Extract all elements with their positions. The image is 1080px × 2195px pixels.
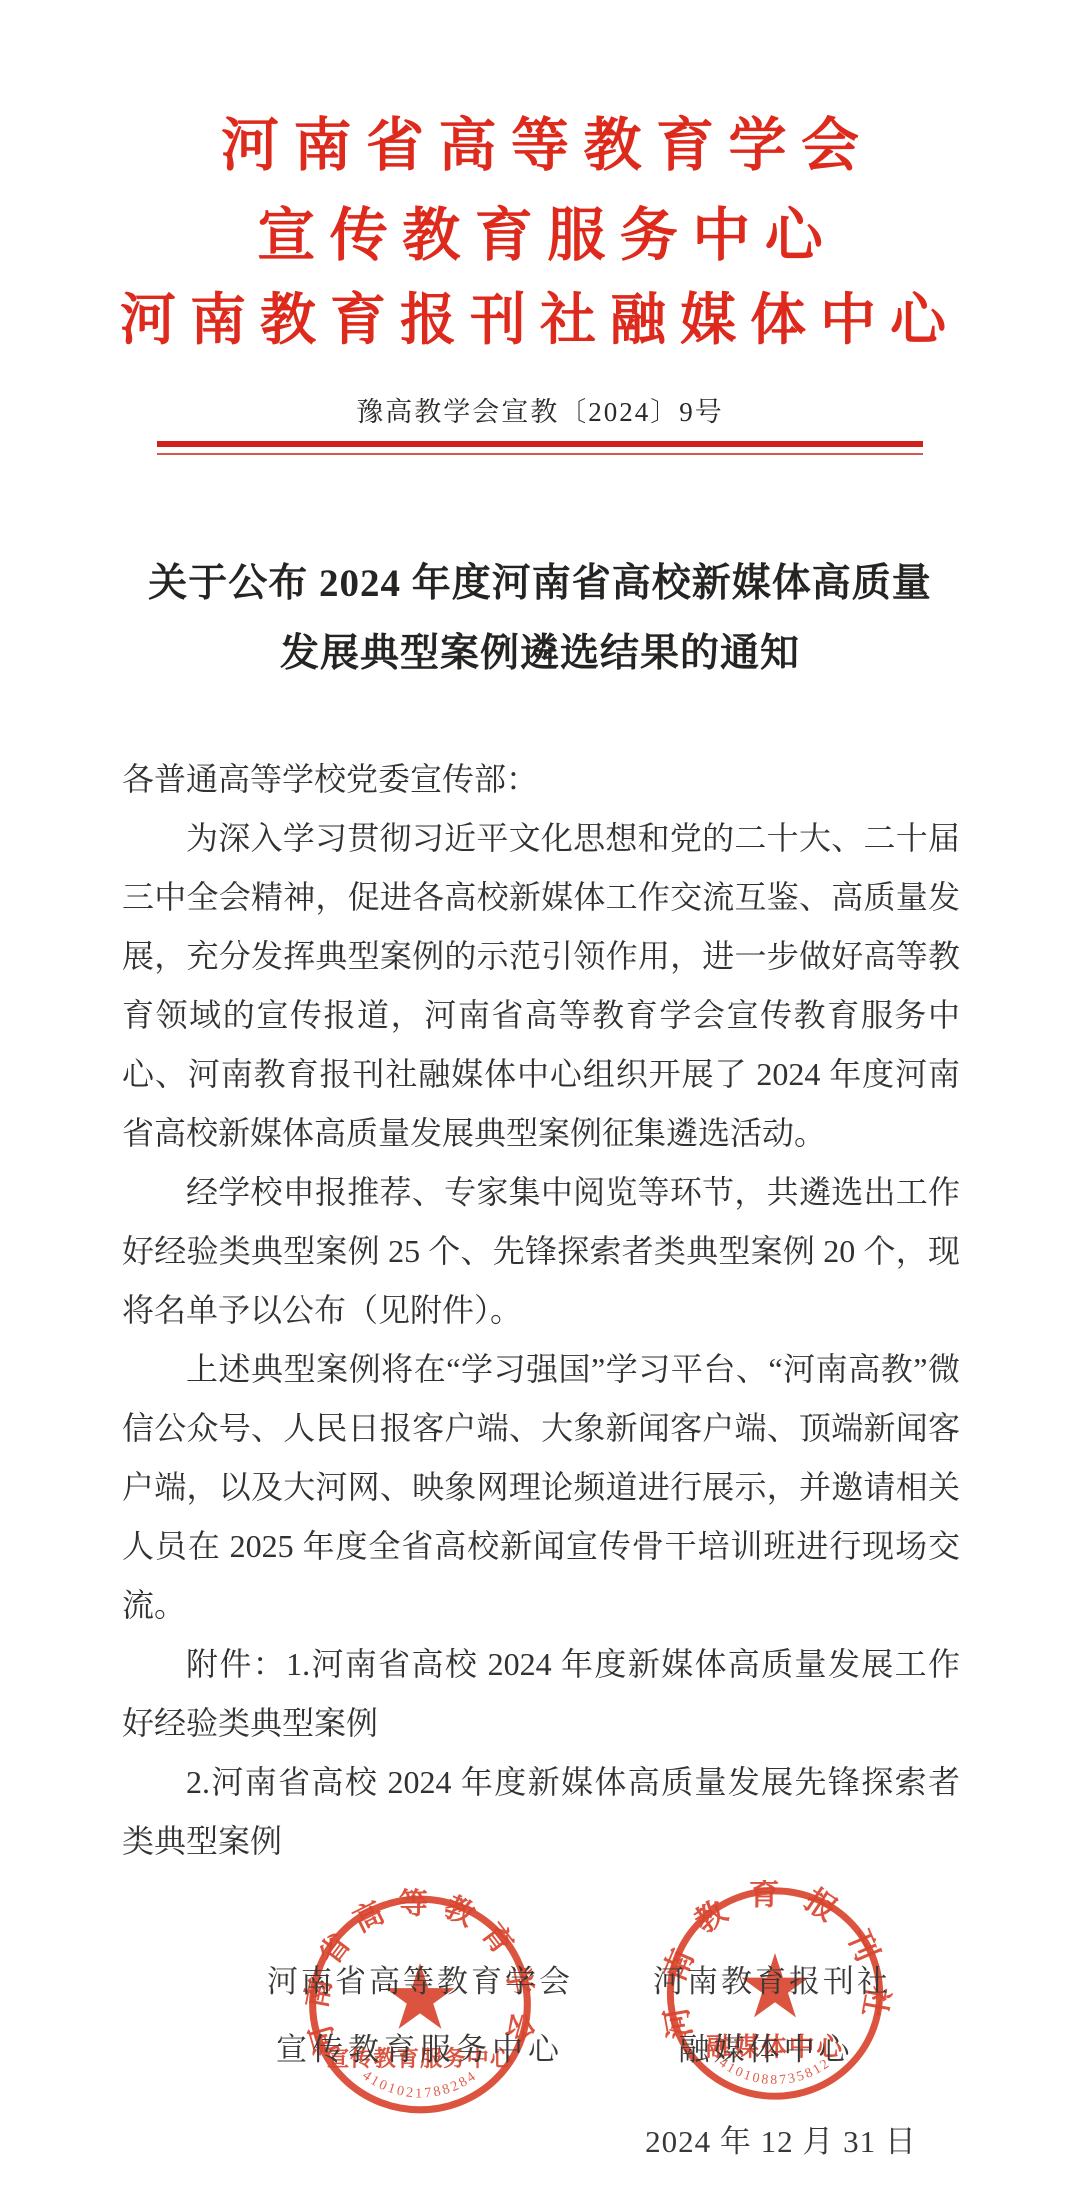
letterhead-org-line-3: 河南教育报刊社融媒体中心	[0, 276, 1080, 356]
paragraph-2: 经学校申报推荐、专家集中阅览等环节，共遴选出工作好经验类典型案例 25 个、先锋…	[122, 1163, 960, 1340]
scanned-notice-document: { "document": { "colors": { "accent_red"…	[0, 0, 1080, 2195]
attachment-item-1: 附件：1.河南省高校 2024 年度新媒体高质量发展工作好经验类典型案例	[122, 1635, 960, 1753]
signature-left-org-line-1: 河南省高等教育学会	[267, 1956, 573, 2001]
document-number: 豫高教学会宣教〔2024〕9号	[0, 390, 1080, 429]
notice-title-line-2: 发展典型案例遴选结果的通知	[0, 622, 1080, 678]
issue-date: 2024 年 12 月 31 日	[645, 2116, 917, 2161]
official-seal-left: 河南省高等教育学会 宣传教育服务中心 4101021788284	[298, 1888, 542, 2126]
notice-body: 各普通高等学校党委宣传部： 为深入学习贯彻习近平文化思想和党的二十大、二十届三中…	[122, 750, 960, 1871]
attachment-item-2: 2.河南省高校 2024 年度新媒体高质量发展先锋探索者类典型案例	[122, 1753, 960, 1871]
seal-serial-left: 4101021788284	[359, 2067, 480, 2101]
signature-right-org-line-1: 河南教育报刊社	[653, 1956, 891, 2001]
letterhead-divider-thin-line	[157, 453, 923, 455]
letterhead-divider-thick-line	[157, 441, 923, 447]
letterhead-org-line-1: 河 南 省 高 等 教 育 学 会	[0, 98, 1080, 182]
signature-left-org-line-2: 宣传教育服务中心	[276, 2024, 564, 2069]
paragraph-3: 上述典型案例将在“学习强国”学习平台、“河南高教”微信公众号、人民日报客户端、大…	[122, 1340, 960, 1635]
paragraph-1: 为深入学习贯彻习近平文化思想和党的二十大、二十届三中全会精神，促进各高校新媒体工…	[122, 809, 960, 1163]
signature-right-org-line-2: 融媒体中心	[679, 2024, 854, 2069]
salutation: 各普通高等学校党委宣传部：	[122, 750, 960, 809]
notice-title-line-1: 关于公布 2024 年度河南省高校新媒体高质量	[0, 552, 1080, 608]
letterhead-org-line-2: 宣 传 教 育 服 务 中 心	[0, 188, 1080, 272]
